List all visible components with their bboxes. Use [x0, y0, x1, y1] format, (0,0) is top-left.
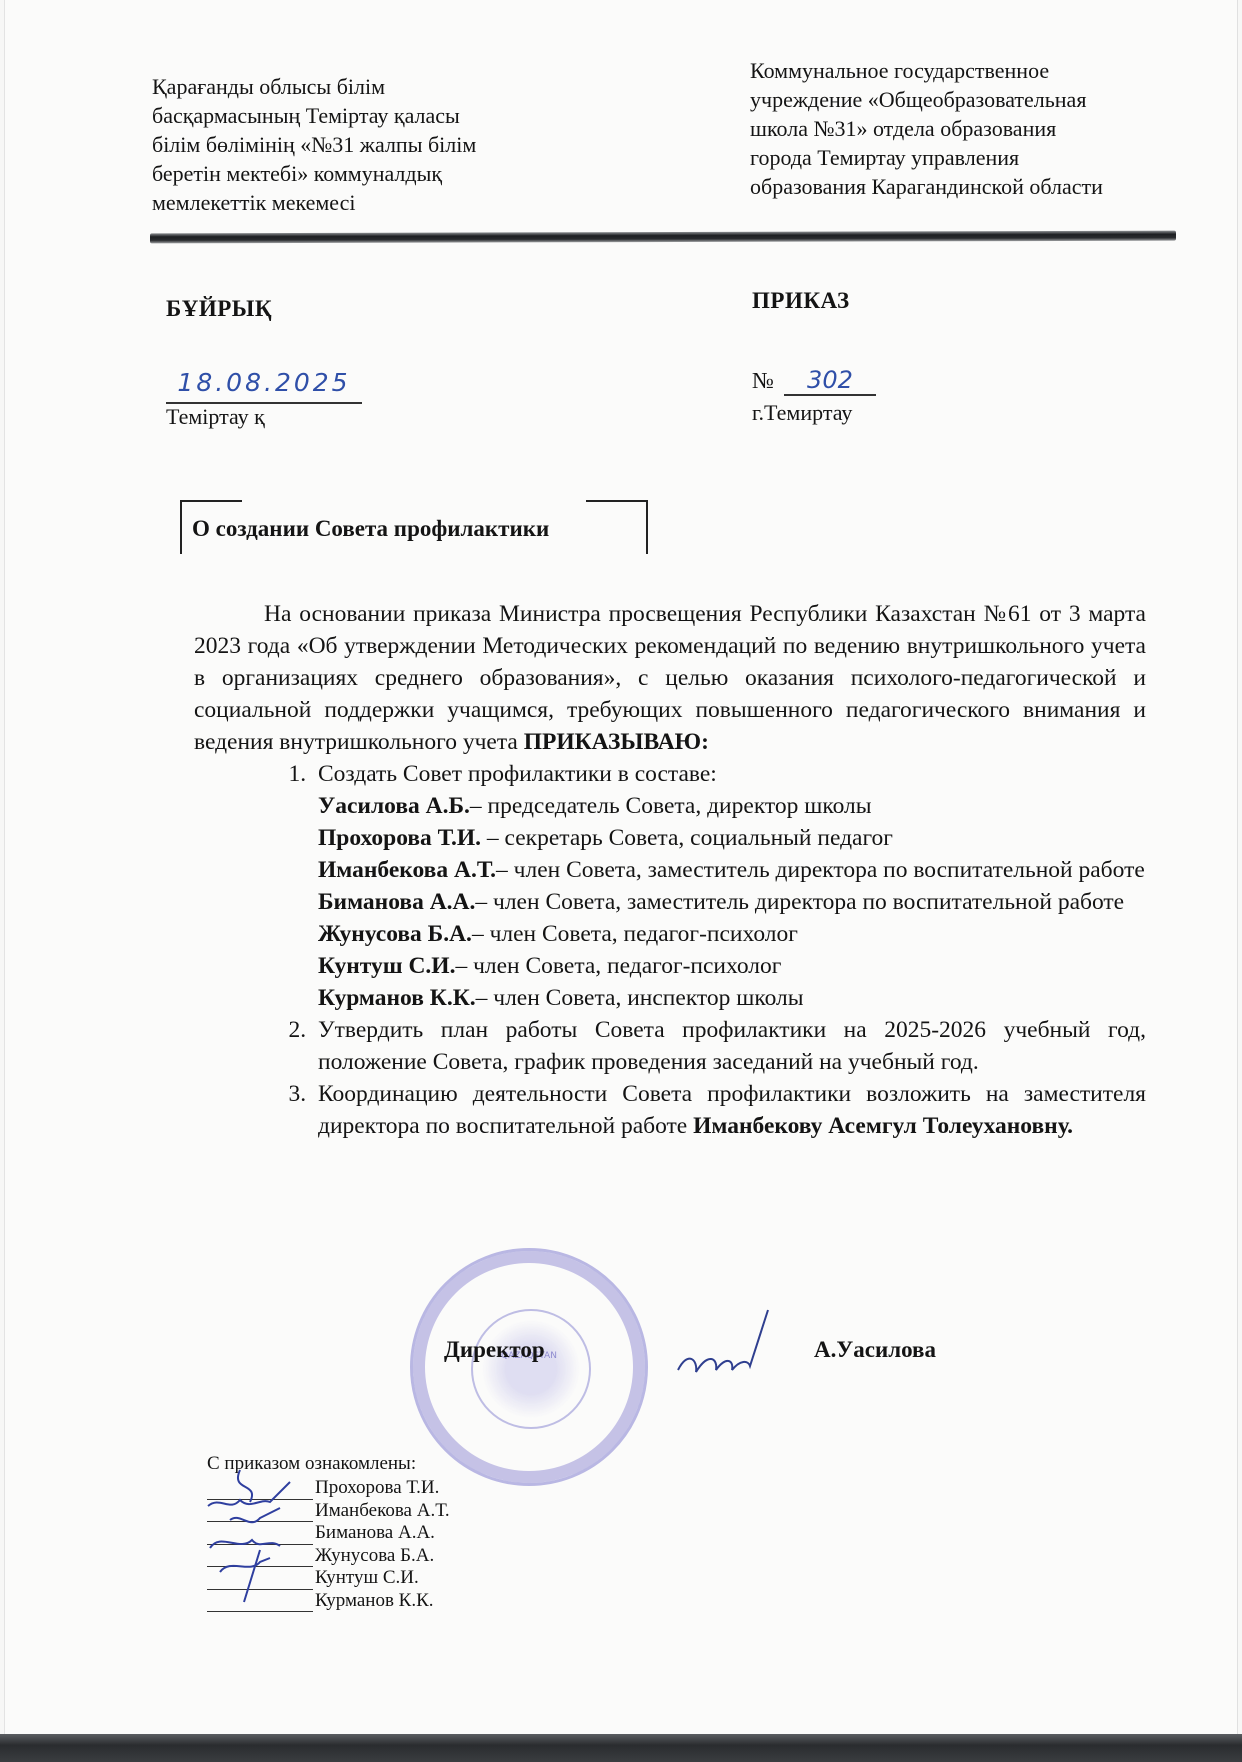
handwritten-signatures-icon: [200, 1462, 320, 1612]
member: Кунтуш С.И.– член Совета, педагог-психол…: [318, 950, 1146, 982]
member-role: – секретарь Совета, социальный педагог: [481, 825, 893, 851]
handwritten-number: 302: [784, 366, 876, 396]
order-item-3: Координацию деятельности Совета профилак…: [312, 1078, 1146, 1142]
header-ru-line: города Темиртау управления: [750, 143, 1170, 172]
member-name: Жунусова Б.А.: [318, 921, 472, 947]
item-text: Утвердить план работы Совета профилактик…: [318, 1017, 1146, 1075]
header-kz-line: басқармасының Теміртау қаласы: [152, 101, 572, 130]
emblem-icon: [471, 1309, 591, 1429]
city-kz: Теміртау қ: [166, 404, 265, 430]
ack-name: Иманбекова А.Т.: [315, 1500, 450, 1523]
member-role: – председатель Совета, директор школы: [470, 793, 872, 819]
order-items: Создать Совет профилактики в составе: Уа…: [194, 758, 1146, 1142]
member: Прохорова Т.И. – секретарь Совета, социа…: [318, 822, 1146, 854]
member-name: Курманов К.К.: [318, 985, 476, 1011]
item-text: Создать Совет профилактики в составе:: [318, 758, 1146, 790]
ack-name: Биманова А.А.: [315, 1522, 435, 1545]
member-name: Иманбекова А.Т.: [318, 857, 496, 883]
member: Иманбекова А.Т.– член Совета, заместител…: [318, 854, 1146, 886]
city-ru: г.Темиртау: [752, 400, 852, 426]
member-role: – член Совета, заместитель директора по …: [475, 889, 1124, 915]
order-body: На основании приказа Министра просвещени…: [194, 598, 1146, 1142]
ack-name: Жунусова Б.А.: [315, 1545, 434, 1568]
handwritten-date: 18.08.2025: [166, 368, 362, 404]
ack-name: Прохорова Т.И.: [315, 1477, 439, 1500]
header-kz-line: білім бөлімінің «№31 жалпы білім: [152, 130, 572, 159]
ack-name: Курманов К.К.: [315, 1590, 434, 1613]
header-kz-line: беретін мектебі» коммуналдық: [152, 159, 572, 188]
bracket-corner-right: [586, 500, 648, 554]
header-ru-line: Коммунальное государственное: [750, 56, 1170, 85]
member-role: – член Совета, инспектор школы: [476, 985, 804, 1011]
member: Жунусова Б.А.– член Совета, педагог-псих…: [318, 918, 1146, 950]
member-name: Кунтуш С.И.: [318, 953, 455, 979]
header-ru-line: школа №31» отдела образования: [750, 114, 1170, 143]
header-kz-line: мемлекеттік мекемесі: [152, 188, 572, 217]
ack-name: Кунтуш С.И.: [315, 1567, 419, 1590]
member: Курманов К.К.– член Совета, инспектор шк…: [318, 982, 1146, 1014]
number-sign: №: [752, 368, 774, 393]
command-word: ПРИКАЗЫВАЮ:: [524, 729, 709, 755]
header-kz: Қарағанды облысы білім басқармасының Тем…: [152, 72, 572, 217]
header-kz-line: Қарағанды облысы білім: [152, 72, 572, 101]
member-role: – член Совета, педагог-психолог: [472, 921, 798, 947]
official-stamp: QAZAQSTAN: [410, 1248, 648, 1486]
header-ru-line: учреждение «Общеобразовательная: [750, 85, 1170, 114]
subject-title: О создании Совета профилактики: [192, 516, 549, 542]
director-signature-icon: [668, 1300, 778, 1390]
order-item-2: Утвердить план работы Совета профилактик…: [312, 1014, 1146, 1078]
member-name: Прохорова Т.И.: [318, 825, 481, 851]
member-name: Биманова А.А.: [318, 889, 475, 915]
scan-bottom-edge: [0, 1734, 1242, 1762]
order-title-kz: БҰЙРЫҚ: [166, 296, 272, 322]
member: Биманова А.А.– член Совета, заместитель …: [318, 886, 1146, 918]
member-name: Уасилова А.Б.: [318, 793, 470, 819]
signatory-position: Директор: [444, 1337, 545, 1363]
order-title-ru: ПРИКАЗ: [752, 288, 850, 314]
header-ru: Коммунальное государственное учреждение …: [750, 56, 1170, 201]
order-number: №302: [752, 366, 876, 396]
preamble: На основании приказа Министра просвещени…: [194, 598, 1146, 758]
subject-box: О создании Совета профилактики: [180, 500, 648, 554]
member-role: – член Совета, заместитель директора по …: [496, 857, 1145, 883]
header-ru-line: образования Карагандинской области: [750, 172, 1170, 201]
order-item-1: Создать Совет профилактики в составе: Уа…: [312, 758, 1146, 1014]
responsible-person: Иманбекову Асемгул Толеухановну.: [693, 1113, 1073, 1139]
member-role: – член Совета, педагог-психолог: [455, 953, 781, 979]
member: Уасилова А.Б.– председатель Совета, дире…: [318, 790, 1146, 822]
signatory-name: А.Уасилова: [814, 1337, 936, 1363]
